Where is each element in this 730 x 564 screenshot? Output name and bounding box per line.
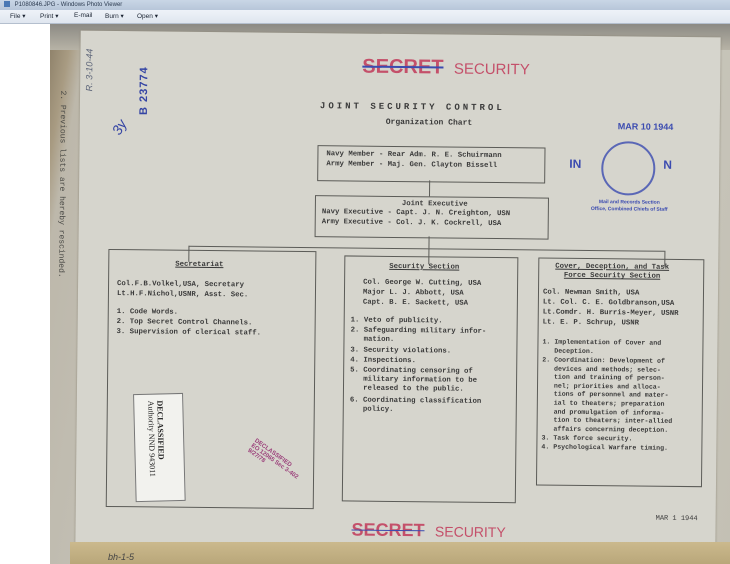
document-page: 2. Previous lists are hereby rescinded. … [75,31,720,553]
received-stamp: MAR 10 1944 IN N Mail and Records Sectio… [569,121,720,233]
menu-file[interactable]: File ▾ [10,12,26,20]
handwritten-date: R. 3-10-44 [84,49,94,92]
photo-viewer-app-icon [4,1,10,7]
cover-deception-box: Cover, Deception, and Task Force Securit… [536,257,704,487]
classification-stamp-top: SECRET SECURITY [362,56,530,81]
chevron-down-icon: ▾ [155,13,158,20]
margin-note: 2. Previous lists are hereby rescinded. [56,90,67,277]
menu-email[interactable]: E-mail [74,12,92,19]
joint-executive-box: Joint Executive Navy Executive - Capt. J… [315,195,549,239]
menu-open[interactable]: Open ▾ [137,12,158,20]
members-box: Navy Member - Rear Adm. R. E. Schuirmann… [317,145,545,183]
menu-print[interactable]: Print ▾ [40,12,58,20]
menu-bar: File ▾ Print ▾ E-mail Burn ▾ Open ▾ [0,10,730,24]
chevron-down-icon: ▾ [55,13,58,20]
handwritten-initial: 3y [108,117,129,138]
bottom-date: MAR 1 1944 [656,515,698,523]
folder-bottom-edge [70,542,730,564]
document-title: JOINT SECURITY CONTROL [320,101,505,113]
declassified-label: DECLASSIFIED Authority NND 943011 [133,393,186,502]
security-section-box: Security Section Col. George W. Cutting,… [342,255,519,503]
handwritten-bottom: bh-1-5 [108,552,134,562]
window-titlebar: P1080846.JPG - Windows Photo Viewer [0,0,730,10]
document-number: B 23774 [138,66,151,115]
window-title: P1080846.JPG - Windows Photo Viewer [15,2,123,8]
chevron-down-icon: ▾ [121,13,124,20]
classification-stamp-bottom: SECRET SECURITY [351,520,505,543]
chevron-down-icon: ▾ [22,13,25,20]
displayed-photo: 2. Previous lists are hereby rescinded. … [50,24,730,564]
menu-burn[interactable]: Burn ▾ [105,12,124,20]
document-subtitle: Organization Chart [386,118,473,128]
received-seal-icon [601,141,656,196]
